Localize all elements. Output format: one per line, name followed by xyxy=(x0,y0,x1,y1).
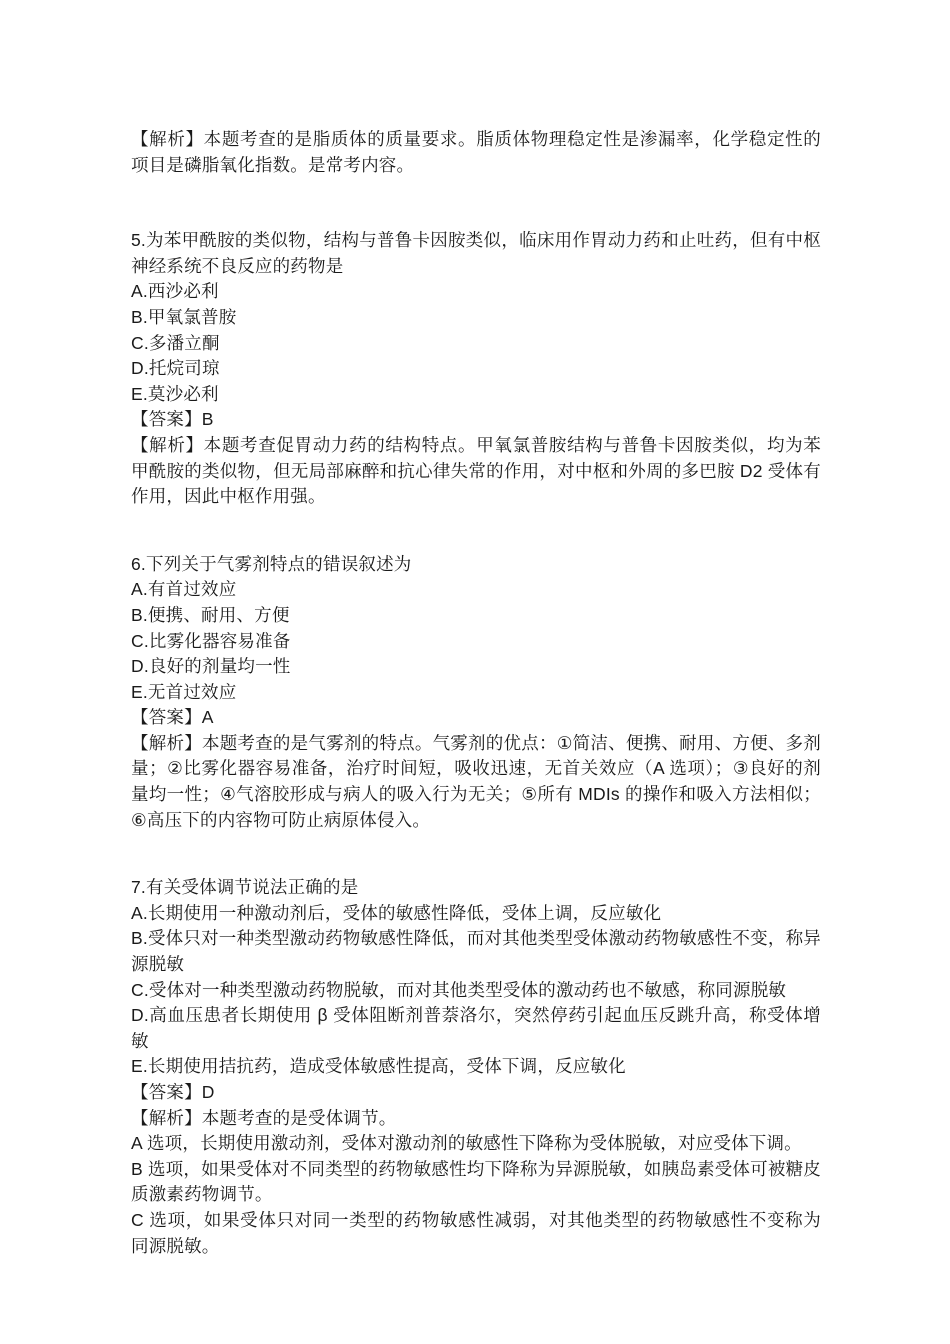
answer-line: 【答案】B xyxy=(131,407,821,433)
question-option: C.受体对一种类型激动药物脱敏，而对其他类型受体的激动药也不敏感，称同源脱敏 xyxy=(131,978,821,1004)
question-option: C.多潘立酮 xyxy=(131,331,821,357)
question-stem: 7.有关受体调节说法正确的是 xyxy=(131,875,821,901)
answer-line: 【答案】A xyxy=(131,705,821,731)
question-option: A.西沙必利 xyxy=(131,279,821,305)
question-option: A.有首过效应 xyxy=(131,577,821,603)
question-option: D.良好的剂量均一性 xyxy=(131,654,821,680)
question-6: 6.下列关于气雾剂特点的错误叙述为 A.有首过效应 B.便携、耐用、方便 C.比… xyxy=(131,552,821,834)
document-page: 【解析】本题考查的是脂质体的质量要求。脂质体物理稳定性是渗漏率，化学稳定性的项目… xyxy=(0,0,950,1344)
question-stem: 6.下列关于气雾剂特点的错误叙述为 xyxy=(131,552,821,578)
question-option: A.长期使用一种激动剂后，受体的敏感性降低，受体上调，反应敏化 xyxy=(131,901,821,927)
explanation-paragraph: 【解析】本题考查促胃动力药的结构特点。甲氧氯普胺结构与普鲁卡因胺类似，均为苯甲酰… xyxy=(131,433,821,510)
question-5: 5.为苯甲酰胺的类似物，结构与普鲁卡因胺类似，临床用作胃动力药和止吐药，但有中枢… xyxy=(131,228,821,510)
question-option: B.甲氧氯普胺 xyxy=(131,305,821,331)
explanation-note: B 选项，如果受体对不同类型的药物敏感性均下降称为异源脱敏，如胰岛素受体可被糖皮… xyxy=(131,1157,821,1208)
previous-question-explanation: 【解析】本题考查的是脂质体的质量要求。脂质体物理稳定性是渗漏率，化学稳定性的项目… xyxy=(131,127,821,178)
question-option: E.无首过效应 xyxy=(131,680,821,706)
explanation-paragraph: 【解析】本题考查的是气雾剂的特点。气雾剂的优点：①简洁、便携、耐用、方便、多剂量… xyxy=(131,731,821,833)
explanation-note: A 选项，长期使用激动剂，受体对激动剂的敏感性下降称为受体脱敏，对应受体下调。 xyxy=(131,1131,821,1157)
question-option: C.比雾化器容易准备 xyxy=(131,629,821,655)
question-option: B.便携、耐用、方便 xyxy=(131,603,821,629)
question-option: D.高血压患者长期使用 β 受体阻断剂普萘洛尔，突然停药引起血压反跳升高，称受体… xyxy=(131,1003,821,1054)
question-stem: 5.为苯甲酰胺的类似物，结构与普鲁卡因胺类似，临床用作胃动力药和止吐药，但有中枢… xyxy=(131,228,821,279)
explanation-note: C 选项，如果受体只对同一类型的药物敏感性减弱，对其他类型的药物敏感性不变称为同… xyxy=(131,1208,821,1259)
question-option: E.莫沙必利 xyxy=(131,382,821,408)
explanation-paragraph: 【解析】本题考查的是受体调节。 xyxy=(131,1106,821,1132)
answer-line: 【答案】D xyxy=(131,1080,821,1106)
question-7: 7.有关受体调节说法正确的是 A.长期使用一种激动剂后，受体的敏感性降低，受体上… xyxy=(131,875,821,1259)
question-option: B.受体只对一种类型激动药物敏感性降低，而对其他类型受体激动药物敏感性不变，称异… xyxy=(131,926,821,977)
question-option: E.长期使用拮抗药，造成受体敏感性提高，受体下调，反应敏化 xyxy=(131,1054,821,1080)
question-option: D.托烷司琼 xyxy=(131,356,821,382)
